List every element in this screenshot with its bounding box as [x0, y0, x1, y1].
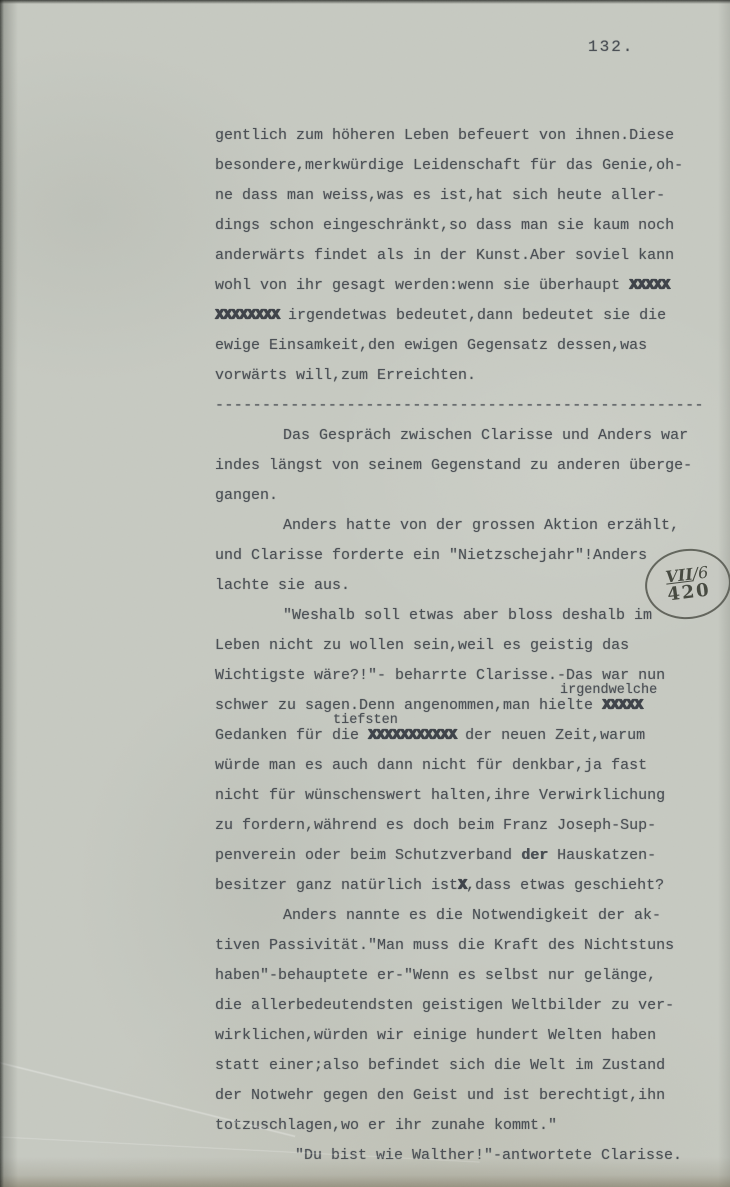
typed-line: tiven Passivität."Man muss die Kraft des… — [215, 931, 705, 961]
typed-text: gentlich zum höheren Leben befeuert von … — [215, 127, 674, 144]
typed-text: der neuen Zeit,warum — [456, 727, 645, 744]
typed-text: zu fordern,während es doch beim Franz Jo… — [215, 817, 656, 834]
typed-line: besitzer ganz natürlich istX,dass etwas … — [215, 871, 705, 901]
typed-line: gangen. — [215, 481, 705, 511]
typed-text: würde man es auch dann nicht für denkbar… — [215, 757, 647, 774]
typed-text: wirklichen,würden wir einige hundert Wel… — [215, 1027, 656, 1044]
typed-line: wohl von ihr gesagt werden:wenn sie über… — [215, 271, 705, 301]
typed-text: vorwärts will,zum Erreichten. — [215, 367, 476, 384]
typed-text: und Clarisse forderte ein "Nietzschejahr… — [215, 547, 647, 564]
typed-line: zu fordern,während es doch beim Franz Jo… — [215, 811, 705, 841]
typed-line: lachte sie aus. — [215, 571, 705, 601]
typed-text: ,dass etwas geschieht? — [466, 877, 664, 894]
typed-line: indes längst von seinem Gegenstand zu an… — [215, 451, 705, 481]
typed-line: statt einer;also befindet sich die Welt … — [215, 1051, 705, 1081]
typed-text: wohl von ihr gesagt werden:wenn sie über… — [215, 277, 629, 294]
typed-text: ne dass man weiss,was es ist,hat sich he… — [215, 187, 665, 204]
typed-text: tiven Passivität."Man muss die Kraft des… — [215, 937, 674, 954]
typed-line: und Clarisse forderte ein "Nietzschejahr… — [215, 541, 705, 571]
page-number: 132. — [588, 38, 634, 56]
typed-line: würde man es auch dann nicht für denkbar… — [215, 751, 705, 781]
typed-text: lachte sie aus. — [215, 577, 350, 594]
typed-line: anderwärts findet als in der Kunst.Aber … — [215, 241, 705, 271]
typed-text-block: gentlich zum höheren Leben befeuert von … — [215, 121, 705, 1171]
typed-text: dings schon eingeschränkt,so dass man si… — [215, 217, 674, 234]
typed-text: der Notwehr gegen den Geist und ist bere… — [215, 1087, 665, 1104]
typed-line: Gedanken für die XXXXXXXXXXX der neuen Z… — [215, 721, 705, 751]
typed-line: ewige Einsamkeit,den ewigen Gegensatz de… — [215, 331, 705, 361]
struck-out-text: XXXXX — [629, 277, 669, 294]
typed-line: penverein oder beim Schutzverband der Ha… — [215, 841, 705, 871]
typed-line: Anders hatte von der grossen Aktion erzä… — [215, 511, 705, 541]
typed-text: haben"-behauptete er-"Wenn es selbst nur… — [215, 967, 656, 984]
typed-text: besitzer ganz natürlich ist — [215, 877, 458, 894]
typed-line: XXXXXXXX irgendetwas bedeutet,dann bedeu… — [215, 301, 705, 331]
typed-line: nicht für wünschenswert halten,ihre Verw… — [215, 781, 705, 811]
typed-line: Anders nannte es die Notwendigkeit der a… — [215, 901, 705, 931]
typed-line: der Notwehr gegen den Geist und ist bere… — [215, 1081, 705, 1111]
typed-text: anderwärts findet als in der Kunst.Aber … — [215, 247, 674, 264]
typed-text: schwer zu sagen.Denn angenommen,man hiel… — [215, 697, 602, 714]
typed-line: ne dass man weiss,was es ist,hat sich he… — [215, 181, 705, 211]
typed-line: die allerbedeutendsten geistigen Weltbil… — [215, 991, 705, 1021]
typed-line: totzuschlagen,wo er ihr zunahe kommt." — [215, 1111, 705, 1141]
overtyped-word: der — [521, 847, 548, 864]
struck-out-text: X — [458, 877, 466, 894]
typed-text: Anders nannte es die Notwendigkeit der a… — [283, 907, 661, 924]
typed-text: "Du bist wie Walther!"-antwortete Claris… — [295, 1147, 682, 1164]
typed-text: gangen. — [215, 487, 278, 504]
archive-stamp-number: 420 — [666, 580, 712, 605]
typed-text: penverein oder beim Schutzverband — [215, 847, 521, 864]
typed-text: Hauskatzen- — [548, 847, 656, 864]
typed-line: schwer zu sagen.Denn angenommen,man hiel… — [215, 691, 705, 721]
typed-line: ----------------------------------------… — [215, 391, 705, 421]
typed-text: die allerbedeutendsten geistigen Weltbil… — [215, 997, 674, 1014]
typed-line: Das Gespräch zwischen Clarisse und Ander… — [215, 421, 705, 451]
typed-text: Das Gespräch zwischen Clarisse und Ander… — [283, 427, 688, 444]
manuscript-page: 132. gentlich zum höheren Leben befeuert… — [0, 0, 730, 1187]
typed-line: Leben nicht zu wollen sein,weil es geist… — [215, 631, 705, 661]
typed-line: gentlich zum höheren Leben befeuert von … — [215, 121, 705, 151]
typed-text: irgendetwas bedeutet,dann bedeutet sie d… — [279, 307, 666, 324]
struck-out-text: XXXXXXXX — [215, 307, 279, 324]
typed-line: vorwärts will,zum Erreichten. — [215, 361, 705, 391]
typed-text: besondere,merkwürdige Leidenschaft für d… — [215, 157, 683, 174]
typed-line: besondere,merkwürdige Leidenschaft für d… — [215, 151, 705, 181]
typed-text: "Weshalb soll etwas aber bloss deshalb i… — [283, 607, 652, 624]
typed-text: Anders hatte von der grossen Aktion erzä… — [283, 517, 679, 534]
typed-line: "Du bist wie Walther!"-antwortete Claris… — [215, 1141, 705, 1171]
typed-text: totzuschlagen,wo er ihr zunahe kommt." — [215, 1117, 557, 1134]
typed-text: statt einer;also befindet sich die Welt … — [215, 1057, 665, 1074]
typed-text: ----------------------------------------… — [215, 397, 704, 414]
typed-text: Leben nicht zu wollen sein,weil es geist… — [215, 637, 629, 654]
typed-text: indes längst von seinem Gegenstand zu an… — [215, 457, 692, 474]
interlinear-insertion: irgendwelche — [560, 676, 657, 706]
typed-line: haben"-behauptete er-"Wenn es selbst nur… — [215, 961, 705, 991]
typed-text: ewige Einsamkeit,den ewigen Gegensatz de… — [215, 337, 647, 354]
typed-line: wirklichen,würden wir einige hundert Wel… — [215, 1021, 705, 1051]
interlinear-insertion: tiefsten — [333, 706, 398, 736]
typed-text: nicht für wünschenswert halten,ihre Verw… — [215, 787, 665, 804]
typed-line: "Weshalb soll etwas aber bloss deshalb i… — [215, 601, 705, 631]
typed-line: dings schon eingeschränkt,so dass man si… — [215, 211, 705, 241]
